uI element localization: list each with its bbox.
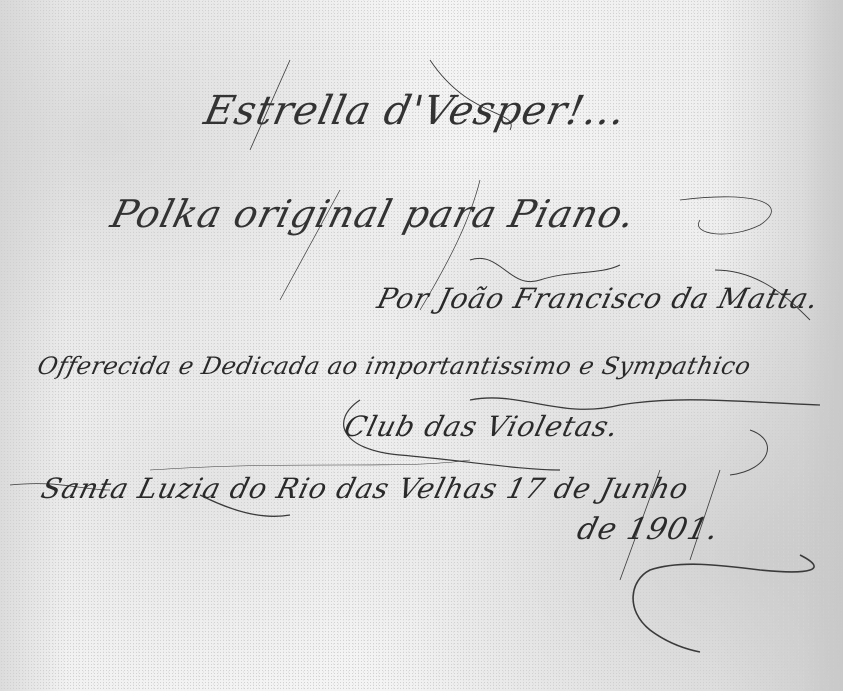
dedicatee-club: Club das Violetas.	[341, 410, 623, 443]
composer-credit: Por João Francisco da Matta.	[374, 282, 823, 315]
score-subtitle: Polka original para Piano.	[107, 192, 641, 236]
dedication-text: Offerecida e Dedicada ao importantissimo…	[35, 352, 753, 380]
manuscript-page: Estrella d'Vesper!... Polka original par…	[0, 0, 843, 691]
place-date: Santa Luzia do Rio das Velhas 17 de Junh…	[38, 472, 693, 505]
year: de 1901.	[574, 512, 723, 547]
score-title: Estrella d'Vesper!...	[200, 88, 630, 134]
